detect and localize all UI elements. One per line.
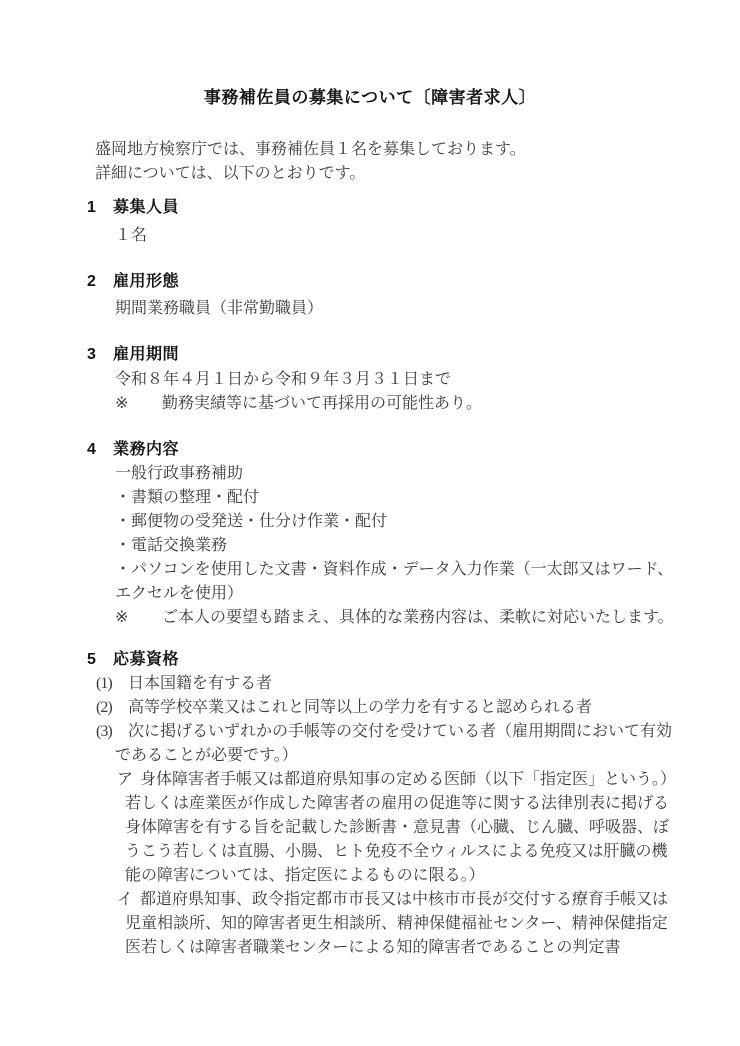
list-item-2-marker: (2) bbox=[96, 696, 128, 720]
list-item-3-continuation: であることが必要です。） bbox=[0, 744, 740, 768]
sub-item-i-continuation: 児童相談所、知的障害者更生相談所、精神保健福祉センター、精神保健指定 bbox=[0, 912, 740, 936]
section-1-number: 1 bbox=[87, 196, 113, 220]
section-5-number: 5 bbox=[87, 648, 113, 672]
section-4-note: ※ ご本人の要望も踏まえ、具体的な業務内容は、柔軟に対応いたします。 bbox=[0, 606, 740, 630]
section-4-bullet-line: ・書類の整理・配付 bbox=[0, 486, 740, 510]
section-4-bullet-continuation: エクセルを使用） bbox=[0, 582, 740, 606]
section-3-number: 3 bbox=[87, 343, 113, 367]
sub-item-a-text: 身体障害者手帳又は都道府県知事の定める医師（以下「指定医」という。） bbox=[140, 768, 676, 792]
list-item-2: (2) 高等学校卒業又はこれと同等以上の学力を有すると認められる者 bbox=[0, 696, 740, 720]
sub-item-a-continuation: 能の障害については、指定医によるものに限る。） bbox=[0, 864, 740, 888]
list-item-1-text: 日本国籍を有する者 bbox=[128, 672, 272, 696]
section-2-number: 2 bbox=[87, 270, 113, 294]
sub-item-i: イ 都道府県知事、政令指定都市市長又は中核市市長が交付する療育手帳又は bbox=[0, 888, 740, 912]
list-item-3-text: 次に掲げるいずれかの手帳等の交付を受けている者（雇用期間において有効 bbox=[128, 720, 672, 744]
section-4-bullet-line: ・パソコンを使用した文書・資料作成・データ入力作業（一太郎又はワード、 bbox=[0, 558, 740, 582]
sub-item-a-continuation: 身体障害を有する旨を記載した診断書・意見書（心臓、じん臓、呼吸器、ぼ bbox=[0, 816, 740, 840]
list-item-3-marker: (3) bbox=[96, 720, 128, 744]
section-4-bullet-line: ・郵便物の受発送・仕分け作業・配付 bbox=[0, 510, 740, 534]
intro-line-2: 詳細については、以下のとおりです。 bbox=[0, 162, 740, 186]
section-1-title: 募集人員 bbox=[113, 196, 179, 220]
sub-item-i-continuation: 医若しくは障害者職業センターによる知的障害者であることの判定書 bbox=[0, 936, 740, 960]
sub-item-a-continuation: うこう若しくは直腸、小腸、ヒト免疫不全ウィルスによる免疫又は肝臓の機 bbox=[0, 840, 740, 864]
section-4-number: 4 bbox=[87, 438, 113, 462]
reference-mark-icon: ※ bbox=[115, 606, 162, 630]
section-4-note-text: ご本人の要望も踏まえ、具体的な業務内容は、柔軟に対応いたします。 bbox=[162, 606, 674, 630]
section-3-note: ※ 勤務実績等に基づいて再採用の可能性あり。 bbox=[0, 392, 740, 416]
section-3-body-line: 令和８年４月１日から令和９年３月３１日まで bbox=[0, 368, 740, 392]
section-1-body-line: １名 bbox=[0, 224, 740, 248]
list-item-1: (1) 日本国籍を有する者 bbox=[0, 672, 740, 696]
section-1-heading: 1 募集人員 bbox=[0, 196, 740, 220]
intro-paragraph: 盛岡地方検察庁では、事務補佐員１名を募集しております。 詳細については、以下のと… bbox=[0, 138, 740, 186]
list-item-3: (3) 次に掲げるいずれかの手帳等の交付を受けている者（雇用期間において有効 bbox=[0, 720, 740, 744]
section-2-body-line: 期間業務職員（非常勤職員） bbox=[0, 297, 740, 321]
section-5-title: 応募資格 bbox=[113, 648, 179, 672]
list-item-2-text: 高等学校卒業又はこれと同等以上の学力を有すると認められる者 bbox=[128, 696, 592, 720]
sub-item-a-marker: ア bbox=[117, 768, 140, 792]
page-title: 事務補佐員の募集について〔障害者求人〕 bbox=[0, 86, 740, 110]
section-2-heading: 2 雇用形態 bbox=[0, 270, 740, 294]
document-page: 事務補佐員の募集について〔障害者求人〕 盛岡地方検察庁では、事務補佐員１名を募集… bbox=[0, 0, 740, 1046]
list-item-1-marker: (1) bbox=[96, 672, 128, 696]
section-3-title: 雇用期間 bbox=[113, 343, 179, 367]
section-3-note-text: 勤務実績等に基づいて再採用の可能性あり。 bbox=[162, 392, 482, 416]
section-5-heading: 5 応募資格 bbox=[0, 648, 740, 672]
sub-item-a-continuation: 若しくは産業医が作成した障害者の雇用の促進等に関する法律別表に掲げる bbox=[0, 792, 740, 816]
section-4-bullet-line: ・電話交換業務 bbox=[0, 534, 740, 558]
section-3-heading: 3 雇用期間 bbox=[0, 343, 740, 367]
sub-item-i-text: 都道府県知事、政令指定都市市長又は中核市市長が交付する療育手帳又は bbox=[140, 888, 668, 912]
sub-item-i-marker: イ bbox=[117, 888, 140, 912]
section-4-title: 業務内容 bbox=[113, 438, 179, 462]
section-2-title: 雇用形態 bbox=[113, 270, 179, 294]
sub-item-a: ア 身体障害者手帳又は都道府県知事の定める医師（以下「指定医」という。） bbox=[0, 768, 740, 792]
reference-mark-icon: ※ bbox=[115, 392, 162, 416]
intro-line-1: 盛岡地方検察庁では、事務補佐員１名を募集しております。 bbox=[0, 138, 740, 162]
section-4-heading: 4 業務内容 bbox=[0, 438, 740, 462]
section-4-body-line: 一般行政事務補助 bbox=[0, 462, 740, 486]
